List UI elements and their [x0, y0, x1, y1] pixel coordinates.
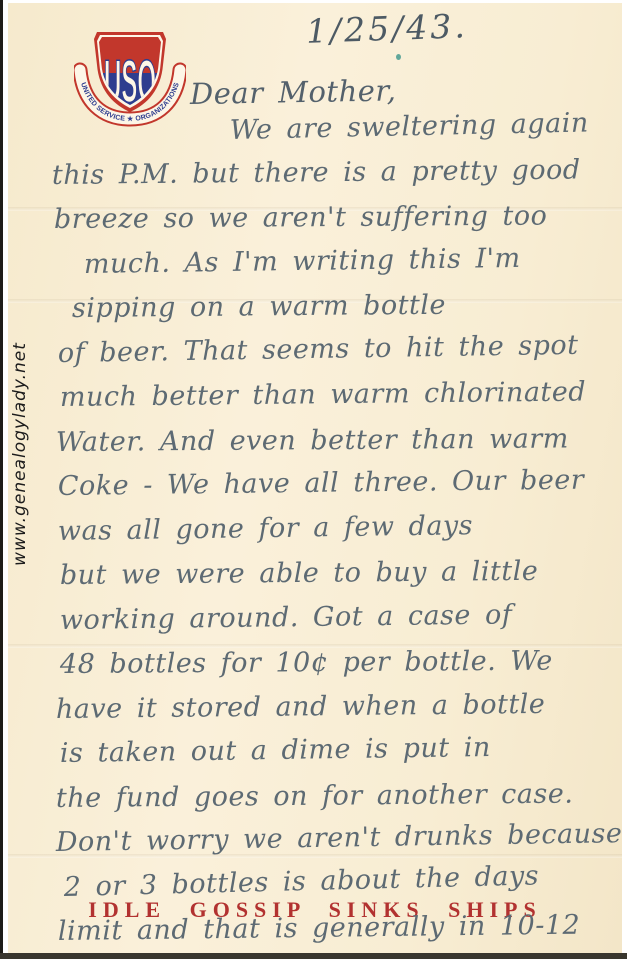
letter-date: 1/25/43.: [305, 6, 468, 51]
ink-speck: [396, 54, 401, 60]
letter-line: We are sweltering again: [230, 107, 627, 160]
letter-line: breeze so we aren't suffering too: [54, 200, 627, 249]
letter-line: limit and that is generally in 10-12: [58, 909, 627, 959]
letter-line: Water. And even better than warm: [56, 422, 627, 471]
scan-edge-top: [0, 0, 627, 3]
letter-line: 48 bottles for 10¢ per bottle. We: [60, 645, 627, 693]
scanned-letter: UNITED SERVICE ★ ORGANIZATIONS USO 1/25/…: [0, 0, 627, 959]
scan-edge-bottom: [0, 953, 627, 959]
scan-edge-left: [0, 0, 3, 959]
letter-body: Dear Mother, We are sweltering againthis…: [52, 77, 627, 959]
letter-line: this P.M. but there is a pretty good: [52, 153, 627, 204]
letter-line: much. As I'm writing this I'm: [84, 241, 627, 293]
watermark: www.genealogylady.net: [10, 327, 30, 581]
letter-line: of beer. That seems to hit the spot: [58, 329, 627, 382]
letter-line: much better than warm chlorinated: [60, 376, 627, 426]
letter-paper: UNITED SERVICE ★ ORGANIZATIONS USO 1/25/…: [8, 3, 622, 953]
letter-line: working around. Got a case of: [60, 598, 627, 649]
letter-line: Coke - We have all three. Our beer: [58, 464, 627, 515]
letter-line: is taken out a dime is put in: [60, 730, 627, 782]
letter-line: but we were able to buy a little: [60, 555, 627, 604]
letter-line: was all gone for a few days: [58, 508, 627, 560]
